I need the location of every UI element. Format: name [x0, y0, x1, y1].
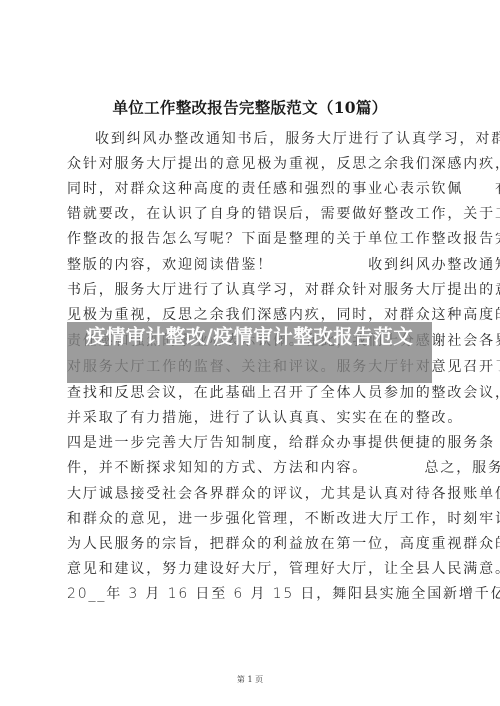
paragraph-line: 整版的内容，欢迎阅读借鉴！ 收到纠风办整改通知	[67, 256, 462, 274]
paragraph-line: 查找和反思会议，在此基础上召开了全体人员参加的整改会议，	[67, 384, 462, 402]
paragraph-line: 四是进一步完善大厅告知制度，给群众办事提供便捷的服务条	[67, 434, 462, 452]
paragraph-line: 书后，服务大厅进行了认真学习，对群众针对服务大厅提出的意	[67, 281, 462, 299]
paragraph-line: 错就要改，在认识了自身的错误后，需要做好整改工作，关于工	[67, 205, 462, 223]
paragraph-line: 和群众的意见，进一步强化管理，不断改进大厅工作，时刻牢记	[67, 510, 462, 528]
paragraph-line: 收到纠风办整改通知书后，服务大厅进行了认真学习，对群	[95, 130, 462, 148]
paragraph-line: 意见和建议，努力建设好大厅，管理好大厅，让全县人民满意。	[67, 560, 462, 578]
paragraph-line: 并采取了有力措施，进行了认认真真、实实在在的整改。	[67, 409, 462, 427]
paragraph-line: 作整改的报告怎么写呢？下面是整理的关于单位工作整改报告完	[67, 230, 462, 248]
paragraph-line: 件，并不断探求知知的方式、方法和内容。 总之，服务	[67, 459, 462, 477]
overlay-title: 疫情审计整改/疫情审计整改报告范文	[67, 326, 432, 348]
paragraph-line: 大厅诚恳接受社会各界群众的评议，尤其是认真对待各报账单位	[67, 485, 462, 503]
page-number: 第 1 页	[0, 674, 500, 685]
document-title: 单位工作整改报告完整版范文（10篇）	[0, 96, 500, 118]
paragraph-line: 为人民服务的宗旨，把群众的利益放在第一位，高度重视群众的	[67, 535, 462, 553]
paragraph-line: 同时，对群众这种高度的责任感和强烈的事业心表示钦佩 有	[67, 180, 462, 198]
paragraph-line: 20__年 3 月 16 日至 6 月 15 日，舞阳县实施全国新增千亿斤粮食	[67, 585, 462, 603]
paragraph-line: 众针对服务大厅提出的意见极为重视，反思之余我们深感内疚，	[67, 155, 462, 173]
